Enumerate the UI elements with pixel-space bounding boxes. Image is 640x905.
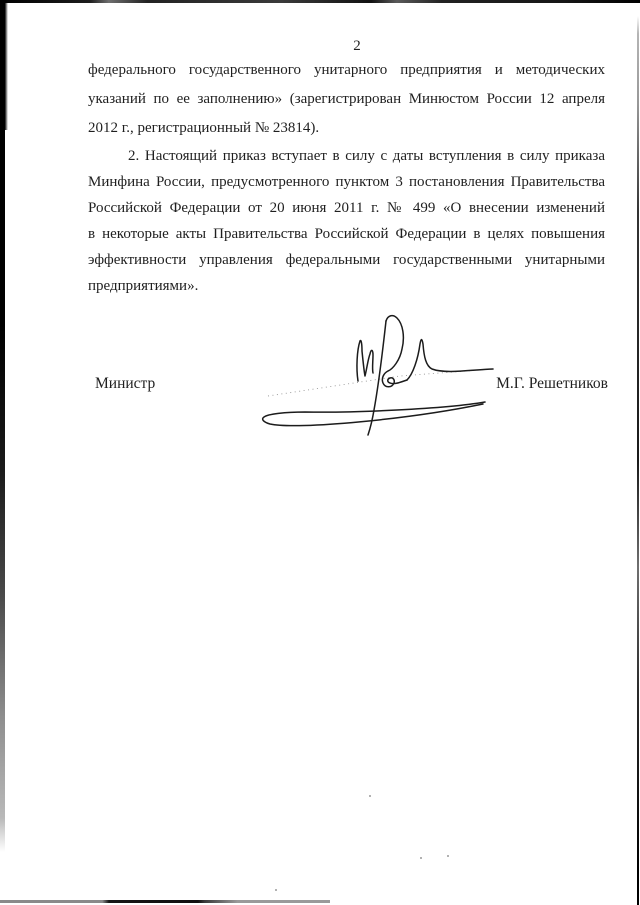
text-line: указаний по ее заполнению» (зарегистриро…: [88, 85, 605, 114]
text-line: Российской Федерации от 20 июня 2011 г. …: [88, 195, 605, 221]
scan-edge-left-corner: [0, 0, 8, 130]
scan-edge-top: [0, 0, 640, 3]
document-page: 2 федерального государственного унитарно…: [0, 0, 640, 905]
minister-signature: [250, 310, 498, 438]
minister-title: Министр: [95, 375, 155, 393]
text-line: федерального государственного унитарного…: [88, 56, 605, 85]
scan-speck: [369, 795, 371, 797]
text-line: 2. Настоящий приказ вступает в силу с да…: [88, 143, 605, 169]
page-number: 2: [92, 38, 622, 55]
minister-name: М.Г. Решетников: [496, 375, 608, 393]
text-line: Минфина России, предусмотренного пунктом…: [88, 169, 605, 195]
paragraph-entry-into-force: 2. Настоящий приказ вступает в силу с да…: [88, 143, 605, 299]
text-line: 2012 г., регистрационный № 23814).: [88, 114, 605, 143]
paragraph-registration: федерального государственного унитарного…: [88, 56, 605, 143]
text-line: предприятиями».: [88, 273, 605, 299]
scan-edge-right: [637, 16, 639, 905]
scan-edge-bottom: [0, 900, 330, 903]
scan-speck: [447, 855, 449, 857]
scan-edge-left: [0, 0, 5, 852]
text-line: в некоторые акты Правительства Российско…: [88, 221, 605, 247]
scan-speck: [420, 857, 422, 859]
signature-faint-line: [268, 369, 493, 396]
text-line: эффективности управления федеральными го…: [88, 247, 605, 273]
scan-speck: [275, 889, 277, 891]
